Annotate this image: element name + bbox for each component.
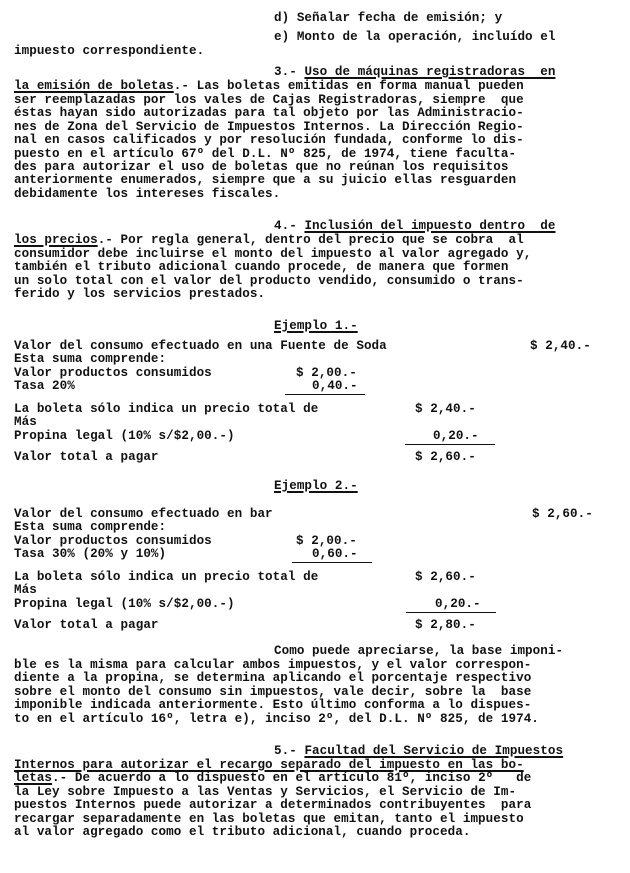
section-3-line1: la emisión de boletas.- Las boletas emit… xyxy=(14,80,524,93)
section-4-number: 4.- xyxy=(274,219,304,233)
section-4-heading-cont: los precios xyxy=(14,233,98,247)
body-line: puesto en el artículo 67º del D.L. Nº 82… xyxy=(14,148,516,161)
body-line: des para autorizar el uso de boletas que… xyxy=(14,161,509,174)
body-line: debidamente los intereses fiscales. xyxy=(14,188,280,201)
body-line: ble es la misma para calcular ambos impu… xyxy=(14,659,531,672)
section-5-heading-line1: 5.- Facultad del Servicio de Impuestos xyxy=(274,745,563,758)
section-5-line2: letas.- De acuerdo a lo dispuesto en el … xyxy=(14,772,531,785)
section-3-heading-line1: 3.- Uso de máquinas registradoras en xyxy=(274,66,555,79)
example-1-includes-label: Esta suma comprende: xyxy=(14,353,166,366)
section-3-heading-cont: la emisión de boletas xyxy=(14,79,174,93)
body-line: puestos Internos puede autorizar a deter… xyxy=(14,799,531,812)
example-2-includes-label: Esta suma comprende: xyxy=(14,521,166,534)
section-5-number: 5.- xyxy=(274,744,304,758)
section-4-line1: los precios.- Por regla general, dentro … xyxy=(14,234,524,247)
body-line: recargar separadamente en las boletas qu… xyxy=(14,813,524,826)
item-e: e) Monto de la operación, incluído el xyxy=(274,31,555,44)
example-1-total-label: Valor total a pagar xyxy=(14,451,159,464)
body-line: anteriormente enumerados, siempre que a … xyxy=(14,174,516,187)
section-3-number: 3.- xyxy=(274,65,304,79)
body-line: diente a la propina, se determina aplica… xyxy=(14,672,531,685)
example-1-title: Ejemplo 1.- xyxy=(274,320,358,333)
example-2-receipt-label: La boleta sólo indica un precio total de xyxy=(14,571,318,584)
body-line: un solo total con el valor del producto … xyxy=(14,275,524,288)
example-1-total-value: $ 2,60.- xyxy=(415,451,476,464)
example-2-total-value: $ 2,80.- xyxy=(415,619,476,632)
example-2-total-rule xyxy=(406,612,496,613)
example-2-tip-value: 0,20.- xyxy=(435,598,481,611)
example-2-receipt-value: $ 2,60.- xyxy=(415,571,476,584)
example-2-tax-value: 0,60.- xyxy=(312,548,358,561)
body-line: nal en casos calificados y por resolució… xyxy=(14,134,524,147)
example-1-tip-value: 0,20.- xyxy=(433,430,479,443)
example-2-tax-label: Tasa 30% (20% y 10%) xyxy=(14,548,166,561)
example-1-subtotal-rule xyxy=(285,394,365,395)
section-4-heading-line1: 4.- Inclusión del impuesto dentro de xyxy=(274,220,555,233)
item-d: d) Señalar fecha de emisión; y xyxy=(274,12,502,25)
section-5-heading: Facultad del Servicio de Impuestos xyxy=(304,744,563,758)
example-1-tax-label: Tasa 20% xyxy=(14,380,75,393)
example-2-consumption-value: $ 2,60.- xyxy=(532,508,593,521)
example-2-total-label: Valor total a pagar xyxy=(14,619,159,632)
commentary-line1: Como puede apreciarse, la base imponi- xyxy=(274,645,563,658)
body-line: to en el artículo 16º, letra e), inciso … xyxy=(14,713,539,726)
example-1-plus-label: Más xyxy=(14,416,37,429)
body-line: ser reemplazadas por los vales de Cajas … xyxy=(14,94,524,107)
section-4-heading: Inclusión del impuesto dentro de xyxy=(304,219,555,233)
body-line: sobre el monto del consumo sin impuestos… xyxy=(14,686,531,699)
document-page: d) Señalar fecha de emisión; y e) Monto … xyxy=(0,0,630,873)
section-5-heading-cont: letas xyxy=(14,771,52,785)
body-line: la Ley sobre Impuesto a las Ventas y Ser… xyxy=(14,786,516,799)
body-line: nes de Zona del Servicio de Impuestos In… xyxy=(14,121,524,134)
example-2-subtotal-rule xyxy=(292,562,372,563)
body-line: imponible indicada anteriormente. Esto ú… xyxy=(14,699,531,712)
body-line: éstas hayan sido autorizadas para tal ob… xyxy=(14,107,524,120)
example-1-total-rule xyxy=(405,444,495,445)
body-line: consumidor debe incluirse el monto del i… xyxy=(14,248,531,261)
example-2-title: Ejemplo 2.- xyxy=(274,480,358,493)
example-1-tip-label: Propina legal (10% s/$2,00.-) xyxy=(14,430,235,443)
body-line: al valor agregado como el tributo adicio… xyxy=(14,826,470,839)
example-2-plus-label: Más xyxy=(14,584,37,597)
example-1-tax-value: 0,40.- xyxy=(312,380,358,393)
section-3-heading: Uso de máquinas registradoras en xyxy=(304,65,555,79)
example-1-receipt-label: La boleta sólo indica un precio total de xyxy=(14,403,318,416)
example-1-consumption-value: $ 2,40.- xyxy=(530,340,591,353)
item-e-continuation: impuesto correspondiente. xyxy=(14,45,204,58)
example-1-receipt-value: $ 2,40.- xyxy=(415,403,476,416)
body-line: ferido y los servicios prestados. xyxy=(14,288,265,301)
body-line: también el tributo adicional cuando proc… xyxy=(14,261,509,274)
example-2-tip-label: Propina legal (10% s/$2,00.-) xyxy=(14,598,235,611)
